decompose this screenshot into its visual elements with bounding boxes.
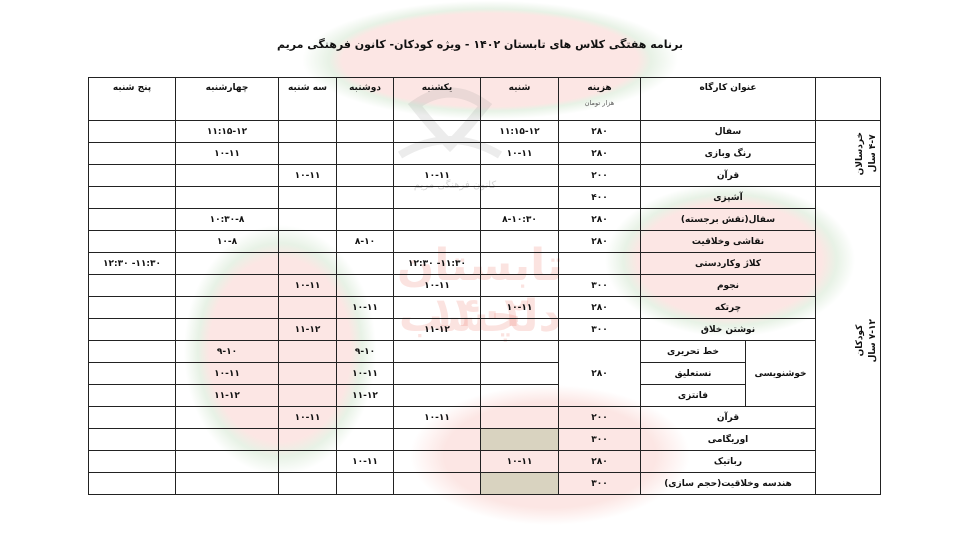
time-cell: [279, 451, 337, 473]
time-cell: [89, 143, 176, 165]
time-cell: [89, 231, 176, 253]
workshop-name: نوشتن خلاق: [641, 319, 816, 341]
fee-cell: ۴۰۰: [559, 187, 641, 209]
time-cell: [481, 407, 559, 429]
time-cell: [394, 121, 481, 143]
time-cell: [481, 341, 559, 363]
fee-cell: [559, 253, 641, 275]
time-cell: ۱۰-۱۱: [481, 451, 559, 473]
time-cell: ۱۰-۱۱: [481, 143, 559, 165]
header-workshop: عنوان کارگاه: [641, 78, 816, 121]
time-cell: ۱۰-۱۱: [176, 143, 279, 165]
time-cell: [279, 385, 337, 407]
time-cell: [176, 165, 279, 187]
workshop-name: آشپزی: [641, 187, 816, 209]
time-cell: ۱۰-۱۱: [279, 407, 337, 429]
time-cell: [394, 451, 481, 473]
time-cell: [176, 253, 279, 275]
time-cell: [89, 297, 176, 319]
time-cell: ۱۱:۱۵-۱۲: [481, 121, 559, 143]
time-cell: ۱۰-۸: [176, 231, 279, 253]
time-cell: ۱۰-۱۱: [481, 297, 559, 319]
time-cell: [337, 165, 394, 187]
time-cell: [279, 341, 337, 363]
time-cell: [337, 121, 394, 143]
time-cell: ۹-۱۰: [176, 341, 279, 363]
time-cell: [89, 121, 176, 143]
time-cell: ۱۰-۱۱: [394, 165, 481, 187]
time-cell: [279, 253, 337, 275]
time-cell: [279, 429, 337, 451]
time-cell: [279, 187, 337, 209]
time-cell: [481, 385, 559, 407]
workshop-name: اوریگامی: [641, 429, 816, 451]
time-cell-unavailable: [481, 473, 559, 495]
fee-cell: ۳۰۰: [559, 429, 641, 451]
time-cell: [337, 209, 394, 231]
time-cell: [89, 363, 176, 385]
time-cell: [337, 253, 394, 275]
time-cell: [89, 341, 176, 363]
time-cell: [481, 231, 559, 253]
age-group-children: کودکان۷-۱۲ سال: [816, 187, 881, 495]
time-cell: [337, 473, 394, 495]
time-cell: [89, 473, 176, 495]
time-cell: ۱۰-۱۱: [337, 297, 394, 319]
time-cell: [481, 165, 559, 187]
time-cell: [394, 231, 481, 253]
header-fee-unit: هزار تومان: [559, 99, 640, 107]
workshop-name: نقاشی وخلاقیت: [641, 231, 816, 253]
time-cell: ۱۱-۱۲: [394, 319, 481, 341]
fee-cell: ۳۰۰: [559, 275, 641, 297]
time-cell: [176, 473, 279, 495]
time-cell: [176, 451, 279, 473]
calligraphy-sub-name: خط تحریری: [641, 341, 746, 363]
time-cell: [176, 429, 279, 451]
time-cell: [394, 143, 481, 165]
table-row: چرتکه ۲۸۰ ۱۰-۱۱ ۱۰-۱۱: [89, 297, 881, 319]
time-cell: [394, 297, 481, 319]
time-cell: [394, 363, 481, 385]
time-cell: [481, 275, 559, 297]
fee-cell: ۲۸۰: [559, 209, 641, 231]
fee-cell: ۲۸۰: [559, 341, 641, 407]
time-cell: [481, 363, 559, 385]
calligraphy-group-label: خوشنویسی: [746, 341, 816, 407]
time-cell: ۱۰-۱۱: [394, 407, 481, 429]
table-row: خوشنویسی خط تحریری ۲۸۰ ۹-۱۰ ۹-۱۰: [89, 341, 881, 363]
time-cell-unavailable: [481, 429, 559, 451]
time-cell: [176, 275, 279, 297]
workshop-name: رباتیک: [641, 451, 816, 473]
time-cell: ۱۲:۳۰ -۱۱:۳۰: [394, 253, 481, 275]
time-cell: ۱۰-۱۱: [337, 451, 394, 473]
table-row: قرآن ۲۰۰ ۱۰-۱۱ ۱۰-۱۱: [89, 407, 881, 429]
time-cell: [337, 187, 394, 209]
table-row: سفال(نقش برجسته) ۲۸۰ ۸-۱۰:۳۰ ۱۰:۳۰-۸: [89, 209, 881, 231]
time-cell: ۹-۱۰: [337, 341, 394, 363]
time-cell: ۱۰:۳۰-۸: [176, 209, 279, 231]
fee-cell: ۲۰۰: [559, 165, 641, 187]
header-day-mon: دوشنبه: [337, 78, 394, 121]
calligraphy-sub-name: فانتزی: [641, 385, 746, 407]
header-day-wed: چهارشنبه: [176, 78, 279, 121]
workshop-name: چرتکه: [641, 297, 816, 319]
time-cell: [89, 429, 176, 451]
time-cell: [337, 407, 394, 429]
time-cell: ۸-۱۰:۳۰: [481, 209, 559, 231]
table-row: خردسالان۴-۷ سال سفال ۲۸۰ ۱۱:۱۵-۱۲ ۱۱:۱۵-…: [89, 121, 881, 143]
time-cell: [89, 165, 176, 187]
time-cell: [481, 319, 559, 341]
time-cell: [279, 231, 337, 253]
age-group-preschool: خردسالان۴-۷ سال: [816, 121, 881, 187]
time-cell: [89, 275, 176, 297]
table-row: قرآن ۲۰۰ ۱۰-۱۱ ۱۰-۱۱: [89, 165, 881, 187]
time-cell: ۸-۱۰: [337, 231, 394, 253]
time-cell: [89, 407, 176, 429]
fee-cell: ۳۰۰: [559, 319, 641, 341]
time-cell: ۱۱-۱۲: [279, 319, 337, 341]
header-day-thu: پنج شنبه: [89, 78, 176, 121]
time-cell: [481, 253, 559, 275]
header-day-sat: شنبه: [481, 78, 559, 121]
table-row: نوشتن خلاق ۳۰۰ ۱۱-۱۲ ۱۱-۱۲: [89, 319, 881, 341]
time-cell: [176, 187, 279, 209]
time-cell: [337, 143, 394, 165]
time-cell: ۱۰-۱۱: [394, 275, 481, 297]
time-cell: [337, 429, 394, 451]
time-cell: [89, 209, 176, 231]
time-cell: [176, 297, 279, 319]
time-cell: [394, 187, 481, 209]
table-row: هندسه وخلاقیت(حجم سازی) ۳۰۰: [89, 473, 881, 495]
time-cell: ۱۰-۱۱: [279, 165, 337, 187]
calligraphy-sub-name: نستعلیق: [641, 363, 746, 385]
schedule-table: عنوان کارگاه هزینههزار تومان شنبه یکشنبه…: [88, 77, 881, 495]
time-cell: [279, 121, 337, 143]
time-cell: ۱۱-۱۲: [176, 385, 279, 407]
workshop-name: سفال(نقش برجسته): [641, 209, 816, 231]
time-cell: ۱۱-۱۲: [337, 385, 394, 407]
time-cell: [394, 429, 481, 451]
time-cell: ۱۲:۳۰ -۱۱:۳۰: [89, 253, 176, 275]
header-age-group: [816, 78, 881, 121]
time-cell: ۱۰-۱۱: [279, 275, 337, 297]
time-cell: ۱۰-۱۱: [176, 363, 279, 385]
time-cell: [337, 275, 394, 297]
workshop-name: قرآن: [641, 165, 816, 187]
time-cell: [279, 143, 337, 165]
table-row: کودکان۷-۱۲ سال آشپزی ۴۰۰: [89, 187, 881, 209]
time-cell: [279, 209, 337, 231]
table-row: رنگ وبازی ۲۸۰ ۱۰-۱۱ ۱۰-۱۱: [89, 143, 881, 165]
time-cell: [279, 473, 337, 495]
time-cell: [394, 473, 481, 495]
time-cell: [279, 297, 337, 319]
fee-cell: ۲۸۰: [559, 121, 641, 143]
time-cell: ۱۰-۱۱: [337, 363, 394, 385]
table-row: نقاشی وخلاقیت ۲۸۰ ۸-۱۰ ۱۰-۸: [89, 231, 881, 253]
workshop-name: رنگ وبازی: [641, 143, 816, 165]
workshop-name: سفال: [641, 121, 816, 143]
header-fee: هزینههزار تومان: [559, 78, 641, 121]
table-row: رباتیک ۲۸۰ ۱۰-۱۱ ۱۰-۱۱: [89, 451, 881, 473]
workshop-name: نجوم: [641, 275, 816, 297]
header-day-tue: سه شنبه: [279, 78, 337, 121]
header-row: عنوان کارگاه هزینههزار تومان شنبه یکشنبه…: [89, 78, 881, 121]
time-cell: [279, 363, 337, 385]
fee-cell: ۲۸۰: [559, 451, 641, 473]
fee-cell: ۳۰۰: [559, 473, 641, 495]
header-day-sun: یکشنبه: [394, 78, 481, 121]
time-cell: [89, 319, 176, 341]
time-cell: [89, 187, 176, 209]
table-row: نجوم ۳۰۰ ۱۰-۱۱ ۱۰-۱۱: [89, 275, 881, 297]
table-row: کلاژ وکاردستی ۱۲:۳۰ -۱۱:۳۰ ۱۲:۳۰ -۱۱:۳۰: [89, 253, 881, 275]
time-cell: [337, 319, 394, 341]
time-cell: [89, 385, 176, 407]
time-cell: [394, 341, 481, 363]
table-row: اوریگامی ۳۰۰: [89, 429, 881, 451]
time-cell: [481, 187, 559, 209]
time-cell: [176, 407, 279, 429]
time-cell: [394, 209, 481, 231]
fee-cell: ۲۸۰: [559, 297, 641, 319]
workshop-name: هندسه وخلاقیت(حجم سازی): [641, 473, 816, 495]
workshop-name: کلاژ وکاردستی: [641, 253, 816, 275]
fee-cell: ۲۸۰: [559, 231, 641, 253]
time-cell: [176, 319, 279, 341]
workshop-name: قرآن: [641, 407, 816, 429]
fee-cell: ۲۸۰: [559, 143, 641, 165]
time-cell: [89, 451, 176, 473]
time-cell: [394, 385, 481, 407]
time-cell: ۱۱:۱۵-۱۲: [176, 121, 279, 143]
page-title: برنامه هفتگی کلاس های تابستان ۱۴۰۲ - ویژ…: [0, 38, 960, 51]
fee-cell: ۲۰۰: [559, 407, 641, 429]
